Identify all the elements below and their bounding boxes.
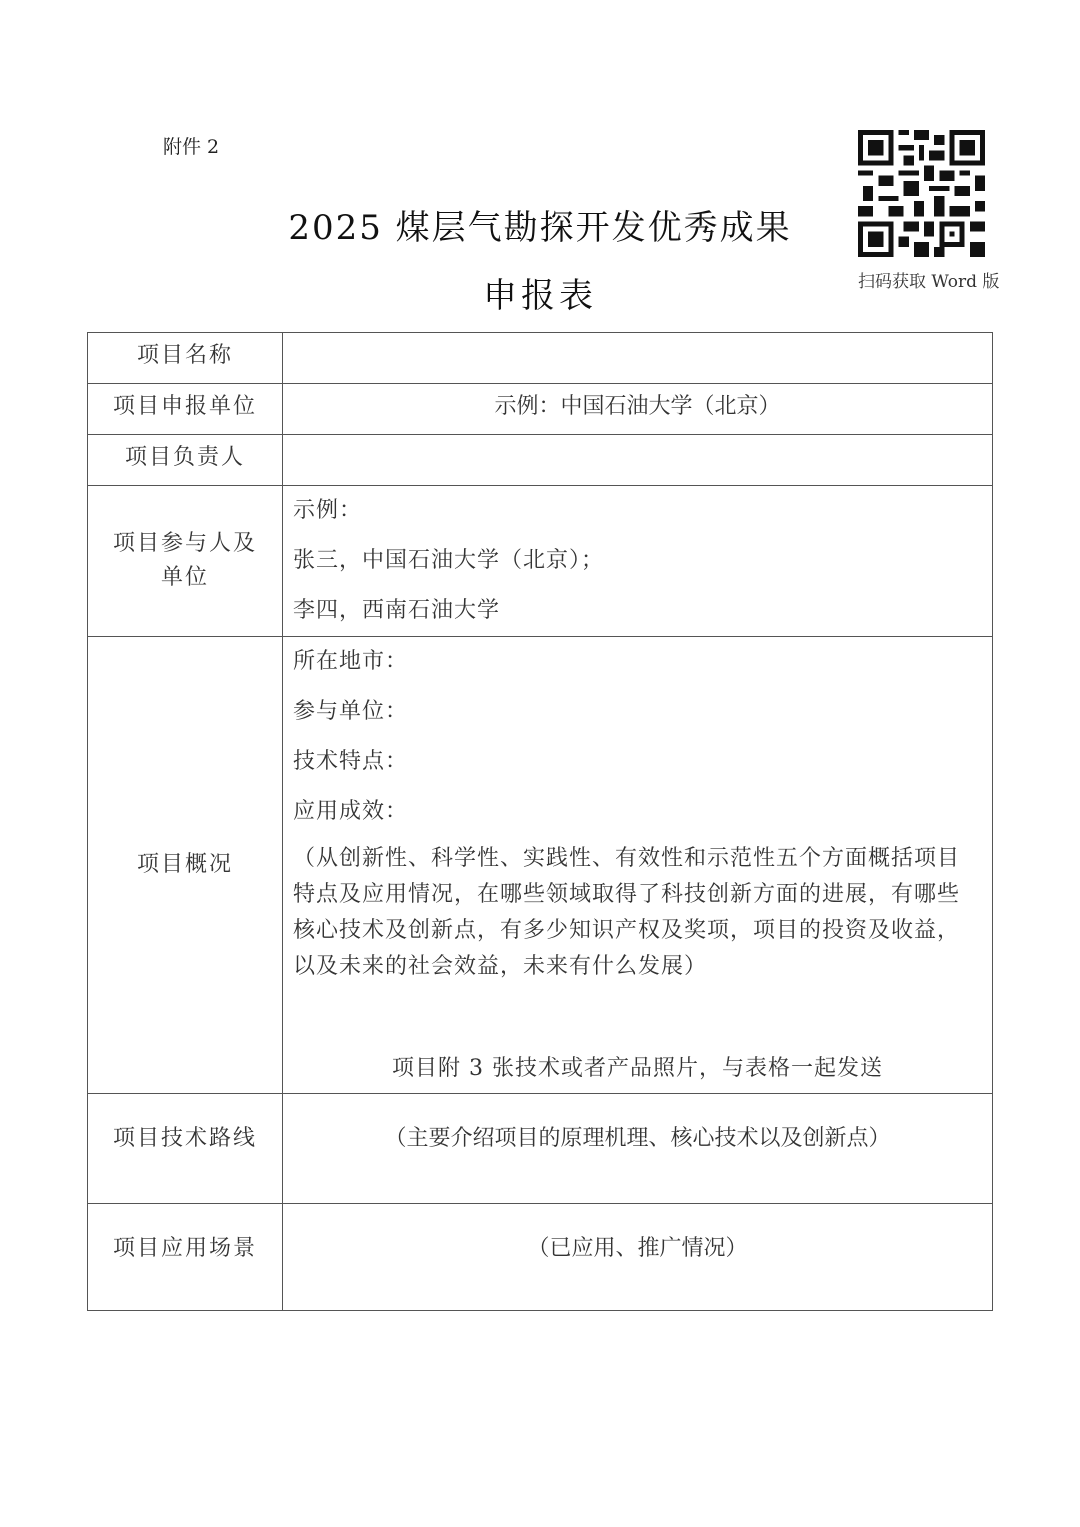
qr-caption: 扫码获取 Word 版 — [858, 267, 992, 292]
field-project-leader[interactable] — [283, 435, 993, 486]
text-line: 张三，中国石油大学（北京）； — [293, 536, 982, 586]
field-project-name[interactable] — [283, 333, 993, 384]
row-applicant-unit: 项目申报单位 示例：中国石油大学（北京） — [88, 384, 993, 435]
attachment-label: 附件 2 — [163, 132, 219, 159]
label-participants: 项目参与人及 单位 — [88, 486, 283, 637]
label-project-name: 项目名称 — [88, 333, 283, 384]
photo-attachment-note: 项目附 3 张技术或者产品照片，与表格一起发送 — [293, 1051, 982, 1082]
row-participants: 项目参与人及 单位 示例： 张三，中国石油大学（北京）； 李四，西南石油大学 — [88, 486, 993, 637]
text-line: 所在地市： — [293, 637, 982, 687]
row-overview: 项目概况 所在地市： 参与单位： 技术特点： 应用成效： （从创新性、科学性、实… — [88, 637, 993, 1094]
field-applicant-unit[interactable]: 示例：中国石油大学（北京） — [283, 384, 993, 435]
text-line: 参与单位： — [293, 687, 982, 737]
row-project-name: 项目名称 — [88, 333, 993, 384]
text-line: 示例： — [293, 486, 982, 536]
application-form-table: 项目名称 项目申报单位 示例：中国石油大学（北京） 项目负责人 项目参与人及 单… — [87, 332, 993, 1311]
label-line: 单位 — [89, 561, 281, 595]
field-tech-route[interactable]: （主要介绍项目的原理机理、核心技术以及创新点） — [283, 1094, 993, 1204]
label-application-scenario: 项目应用场景 — [88, 1204, 283, 1311]
label-overview: 项目概况 — [88, 637, 283, 1094]
text-line: 李四，西南石油大学 — [293, 586, 982, 636]
label-tech-route: 项目技术路线 — [88, 1094, 283, 1204]
qr-code-icon — [858, 130, 985, 257]
field-overview[interactable]: 所在地市： 参与单位： 技术特点： 应用成效： （从创新性、科学性、实践性、有效… — [283, 637, 993, 1094]
row-application-scenario: 项目应用场景 （已应用、推广情况） — [88, 1204, 993, 1311]
label-line: 项目参与人及 — [89, 527, 281, 561]
label-applicant-unit: 项目申报单位 — [88, 384, 283, 435]
text-line: 应用成效： — [293, 787, 982, 837]
field-participants[interactable]: 示例： 张三，中国石油大学（北京）； 李四，西南石油大学 — [283, 486, 993, 637]
row-tech-route: 项目技术路线 （主要介绍项目的原理机理、核心技术以及创新点） — [88, 1094, 993, 1204]
row-project-leader: 项目负责人 — [88, 435, 993, 486]
qr-block: 扫码获取 Word 版 — [858, 130, 992, 292]
text-line: 技术特点： — [293, 737, 982, 787]
overview-guidance-note: （从创新性、科学性、实践性、有效性和示范性五个方面概括项目特点及应用情况，在哪些… — [293, 841, 982, 985]
label-project-leader: 项目负责人 — [88, 435, 283, 486]
field-application-scenario[interactable]: （已应用、推广情况） — [283, 1204, 993, 1311]
